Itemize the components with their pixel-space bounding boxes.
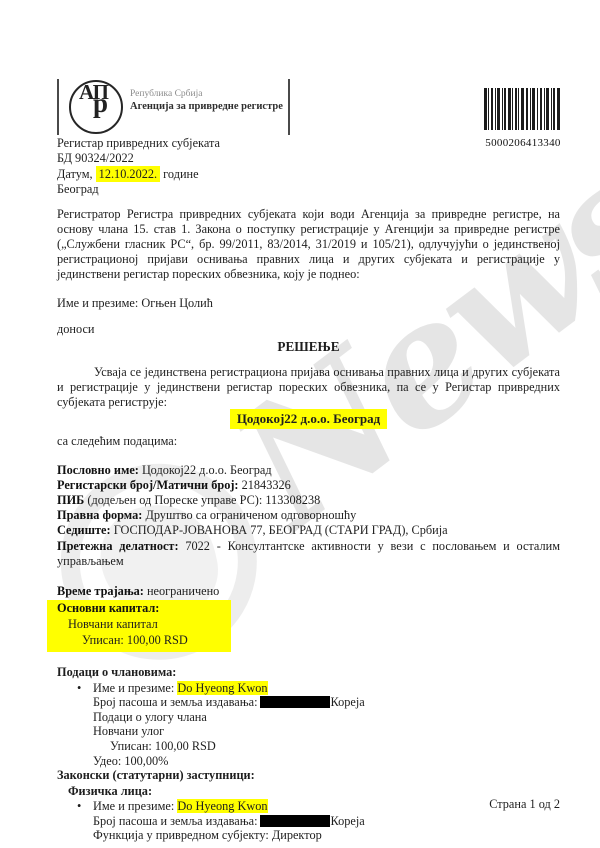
member-share: Удео: 100,00% bbox=[93, 754, 560, 769]
decision-paragraph: Усваја се јединствена регистрациона приј… bbox=[57, 365, 560, 410]
document-page: News АП р Република Србија Агенција за п… bbox=[0, 0, 600, 848]
date-prefix: Датум, bbox=[57, 167, 93, 181]
field-label: Регистарски број/Матични број: bbox=[57, 478, 239, 492]
company-name-highlighted: Цодокој22 д.о.о. Београд bbox=[230, 409, 387, 429]
representative-passport-line: Број пасоша и земља издавања:Кореја bbox=[93, 814, 560, 829]
republic-label: Република Србија bbox=[130, 88, 283, 100]
capital-amount: Уписан: 100,00 RSD bbox=[82, 633, 231, 649]
representative-item: • Име и презиме: Do Hyeong Kwon bbox=[57, 799, 560, 814]
field-registry-number: Регистарски број/Матични број: 21843326 bbox=[57, 478, 560, 493]
barcode-icon bbox=[484, 88, 562, 130]
representative-name-highlighted: Do Hyeong Kwon bbox=[177, 799, 267, 813]
capital-title-text: Основни капитал: bbox=[57, 601, 159, 615]
page-number: Страна 1 од 2 bbox=[489, 797, 560, 812]
date-suffix: године bbox=[163, 167, 198, 181]
representatives-title: Законски (статутарни) заступници: bbox=[57, 768, 560, 783]
date-line: Датум, 12.10.2022. године bbox=[57, 167, 560, 182]
apr-logo-block: АП р Република Србија Агенција за привре… bbox=[57, 79, 290, 135]
field-main-activity: Претежна делатност: 7022 - Консултантске… bbox=[57, 539, 560, 569]
bullet-icon: • bbox=[77, 799, 93, 814]
barcode-number: 5000206413340 bbox=[484, 136, 562, 151]
representative-name-line: Име и презиме: Do Hyeong Kwon bbox=[93, 799, 268, 814]
barcode-block: 5000206413340 bbox=[484, 88, 562, 152]
field-label: Пословно име: bbox=[57, 463, 139, 477]
field-legal-form: Правна форма: Друштво са ограниченом одг… bbox=[57, 508, 560, 523]
bullet-icon: • bbox=[77, 681, 93, 696]
field-value: Цодокој22 д.о.о. Београд bbox=[142, 463, 272, 477]
member-contribution-value: Уписан: 100,00 RSD bbox=[110, 739, 560, 754]
registrar-paragraph: Регистратор Регистра привредних субјекат… bbox=[57, 207, 560, 283]
apr-monogram-icon: АП р bbox=[69, 80, 123, 134]
natural-persons-subtitle: Физичка лица: bbox=[68, 784, 560, 799]
field-label: Претежна делатност: bbox=[57, 539, 179, 553]
document-content: АП р Република Србија Агенција за привре… bbox=[0, 0, 600, 843]
member-name-line: Име и презиме: Do Hyeong Kwon bbox=[93, 681, 268, 696]
member-name-highlighted: Do Hyeong Kwon bbox=[177, 681, 267, 695]
passport-label: Број пасоша и земља издавања: bbox=[93, 695, 258, 709]
function-value: Директор bbox=[272, 828, 322, 842]
field-business-name: Пословно име: Цодокој22 д.о.о. Београд bbox=[57, 463, 560, 478]
field-label: Правна форма: bbox=[57, 508, 142, 522]
field-value: Друштво са ограниченом одговорношћу bbox=[145, 508, 356, 522]
redacted-passport-number bbox=[260, 815, 330, 827]
case-number: БД 90324/2022 bbox=[57, 151, 560, 166]
date-value-highlighted: 12.10.2022. bbox=[96, 166, 160, 182]
with-data-line: са следећим подацима: bbox=[57, 434, 560, 449]
field-value: 21843326 bbox=[242, 478, 291, 492]
company-name-row: Цодокој22 д.о.о. Београд bbox=[57, 411, 560, 427]
duration-line: Време трајања: неограничено bbox=[57, 584, 560, 599]
representative-name-label: Име и презиме: bbox=[93, 799, 174, 813]
city: Београд bbox=[57, 182, 560, 197]
redacted-passport-number bbox=[260, 696, 330, 708]
field-value: (додељен од Пореске управе РС): 11330823… bbox=[87, 493, 320, 507]
field-value: ГОСПОДАР-ЈОВАНОВА 77, БЕОГРАД (СТАРИ ГРА… bbox=[114, 523, 448, 537]
company-fields: Пословно име: Цодокој22 д.о.о. Београд Р… bbox=[57, 463, 560, 569]
monogram-bottom: р bbox=[93, 96, 108, 111]
capital-block-highlighted: Основни капитал: Новчани капитал Уписан:… bbox=[47, 600, 231, 652]
capital-type: Новчани капитал bbox=[68, 617, 231, 633]
logo-left-rule bbox=[57, 79, 59, 135]
submitter-line: Име и презиме: Огњен Цолић bbox=[57, 296, 560, 311]
member-contribution-title: Новчани улог bbox=[93, 724, 560, 739]
submitter-label: Име и презиме: bbox=[57, 296, 138, 310]
capital-title: Основни капитал: bbox=[57, 601, 231, 617]
logo-right-rule bbox=[288, 79, 290, 135]
field-pib: ПИБ (додељен од Пореске управе РС): 1133… bbox=[57, 493, 560, 508]
passport-label: Број пасоша и земља издавања: bbox=[93, 814, 258, 828]
issues-word: доноси bbox=[57, 322, 560, 337]
decision-title: РЕШЕЊЕ bbox=[57, 339, 560, 354]
representative-function-line: Функција у привредном субјекту: Директор bbox=[93, 828, 560, 843]
duration-label: Време трајања: bbox=[57, 584, 144, 598]
field-seat: Седиште: ГОСПОДАР-ЈОВАНОВА 77, БЕОГРАД (… bbox=[57, 523, 560, 538]
member-name-label: Име и презиме: bbox=[93, 681, 174, 695]
members-list: • Име и презиме: Do Hyeong Kwon Број пас… bbox=[57, 681, 560, 769]
passport-country: Кореја bbox=[331, 695, 365, 709]
passport-country: Кореја bbox=[331, 814, 365, 828]
members-title: Подаци о члановима: bbox=[57, 665, 560, 680]
member-passport-line: Број пасоша и земља издавања:Кореја bbox=[93, 695, 560, 710]
field-label: ПИБ bbox=[57, 493, 84, 507]
duration-value: неограничено bbox=[147, 584, 219, 598]
agency-label: Агенција за привредне регистре bbox=[130, 100, 283, 113]
member-item: • Име и презиме: Do Hyeong Kwon bbox=[57, 681, 560, 696]
representatives-list: • Име и презиме: Do Hyeong Kwon Број пас… bbox=[57, 799, 560, 843]
submitter-name: Огњен Цолић bbox=[141, 296, 213, 310]
function-label: Функција у привредном субјекту: bbox=[93, 828, 269, 842]
member-role-title: Подаци о улогу члана bbox=[93, 710, 560, 725]
agency-name-block: Република Србија Агенција за привредне р… bbox=[130, 79, 283, 135]
field-label: Седиште: bbox=[57, 523, 111, 537]
